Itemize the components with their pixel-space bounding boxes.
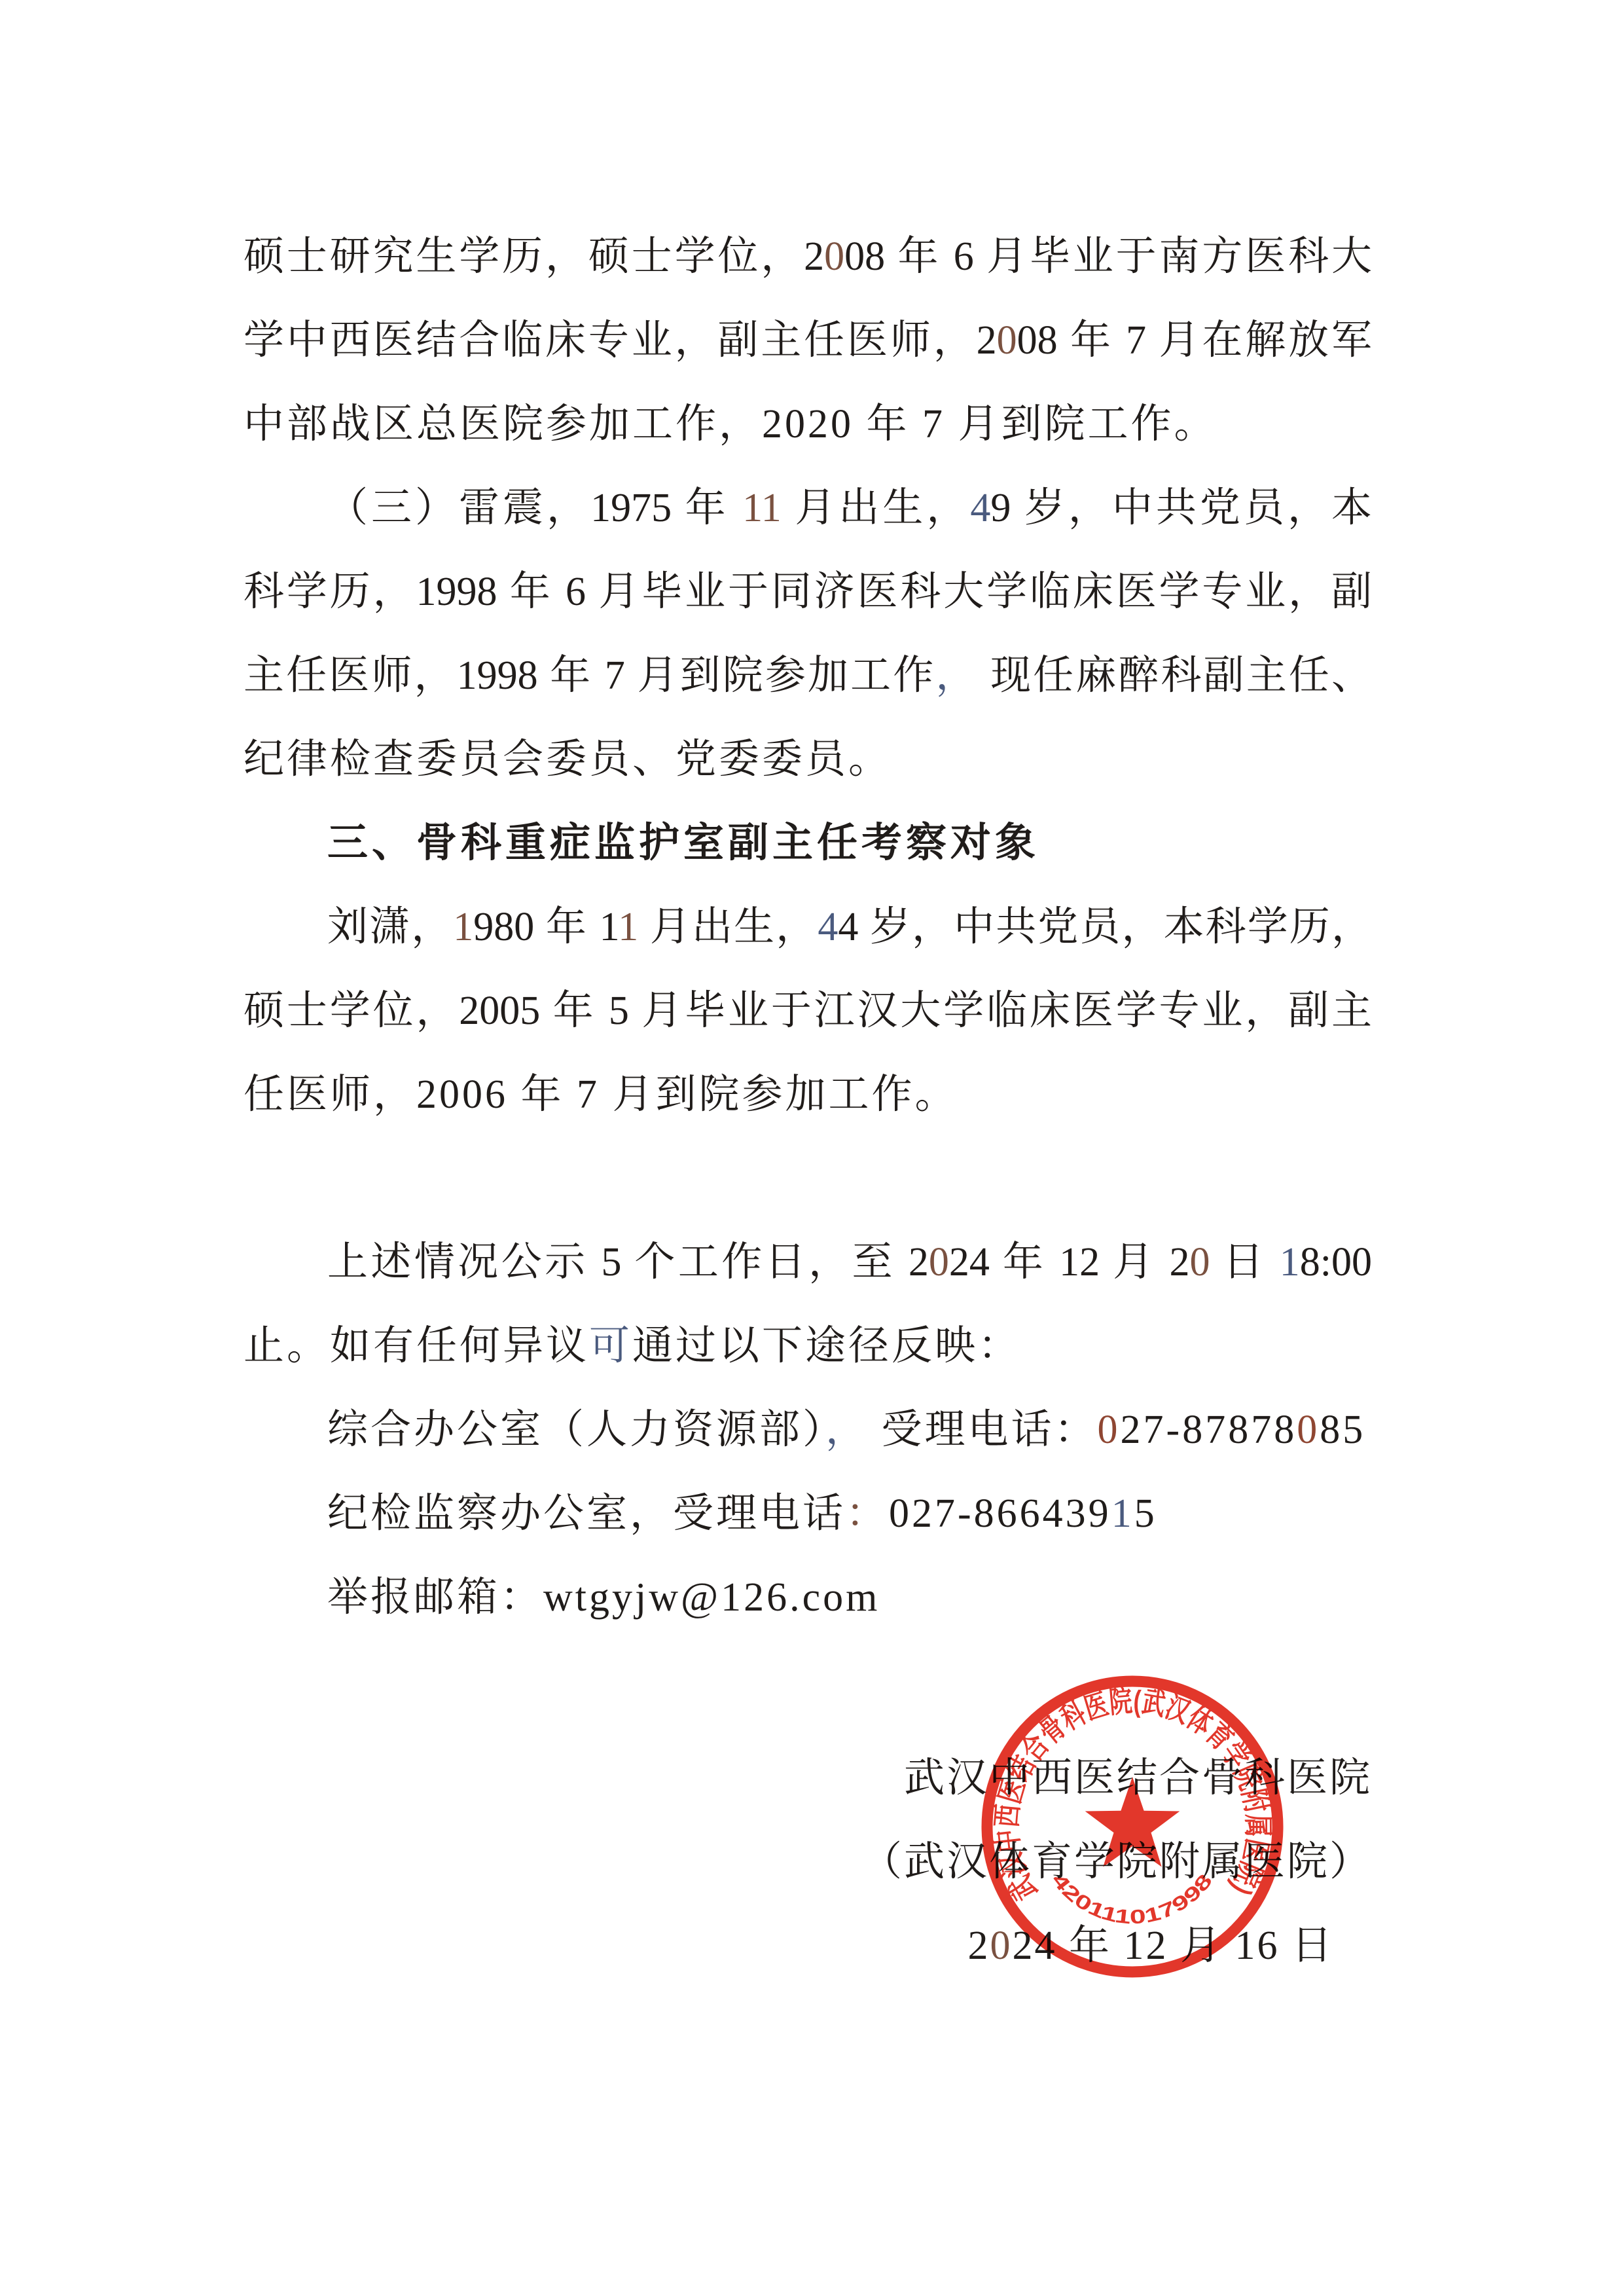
text-segment: 0 xyxy=(997,318,1017,363)
text-segment: 5 xyxy=(1134,1491,1157,1536)
text-segment: 上述情况公示 5 个工作日，至 2 xyxy=(327,1240,929,1285)
body-line: 纪检监察办公室，受理电话：027-86643915 xyxy=(243,1472,1372,1556)
text-segment: 通过以下途径反映： xyxy=(632,1324,1021,1368)
text-segment: 现任麻醉科副主任、 xyxy=(978,653,1372,698)
text-segment: 中部战区总医院参加工作，2020 年 7 月到院工作。 xyxy=(243,402,1217,446)
text-segment: 27-87878 xyxy=(1121,1408,1297,1452)
text-segment: 08 年 6 月毕业于南方医科大 xyxy=(844,234,1372,279)
section-heading: 三、骨科重症监护室副主任考察对象 xyxy=(243,801,1372,885)
text-segment: 0 xyxy=(1297,1408,1320,1452)
text-segment: 硕士学位，2005 年 5 月毕业于江汉大学临床医学专业，副主 xyxy=(243,989,1372,1033)
text-segment: 027-866439 xyxy=(889,1491,1111,1536)
text-segment: 可 xyxy=(589,1324,632,1368)
body-line: 综合办公室（人力资源部）， 受理电话：027-87878085 xyxy=(243,1388,1372,1472)
text-segment: 举报邮箱：wtgyjw@126.com xyxy=(327,1575,880,1620)
text-segment: 刘潇， xyxy=(327,905,453,949)
text-segment: 月出生， xyxy=(638,905,818,949)
text-segment: ： xyxy=(846,1491,889,1536)
text-segment: 24 年 12 月 16 日 xyxy=(1012,1923,1334,1968)
text-segment: 1 xyxy=(619,905,638,949)
text-segment: ， xyxy=(825,1408,869,1452)
text-segment: 科学历，1998 年 6 月毕业于同济医科大学临床医学专业，副 xyxy=(243,570,1372,614)
text-segment: 0 xyxy=(1098,1408,1121,1452)
text-segment: 1 xyxy=(1111,1491,1134,1536)
body-line: （三）雷震，1975 年 11 月出生，49 岁，中共党员，本 xyxy=(243,466,1372,550)
body-line: 上述情况公示 5 个工作日，至 2024 年 12 月 20 日 18:00 xyxy=(243,1220,1372,1304)
body-line: 主任医师，1998 年 7 月到院参加工作， 现任麻醉科副主任、 xyxy=(243,634,1372,718)
document-body: 硕士研究生学历，硕士学位，2008 年 6 月毕业于南方医科大学中西医结合临床专… xyxy=(243,215,1372,1639)
body-line: 中部战区总医院参加工作，2020 年 7 月到院工作。 xyxy=(243,382,1372,466)
body-line: 硕士研究生学历，硕士学位，2008 年 6 月毕业于南方医科大 xyxy=(243,215,1372,299)
text-segment: 月出生， xyxy=(782,486,971,530)
text-segment: 任医师，2006 年 7 月到院参加工作。 xyxy=(243,1072,958,1117)
text-segment: 主任医师，1998 年 7 月到院参加工作 xyxy=(243,653,935,698)
text-segment: 980 年 1 xyxy=(473,905,619,949)
text-segment: 11 xyxy=(742,486,782,530)
text-segment: 0 xyxy=(990,1923,1012,1968)
blank-line xyxy=(243,1137,1372,1220)
document-page: 硕士研究生学历，硕士学位，2008 年 6 月毕业于南方医科大学中西医结合临床专… xyxy=(0,0,1622,2296)
text-segment: 24 年 12 月 2 xyxy=(949,1240,1190,1285)
text-segment: 学中西医结合临床专业，副主任医师，2 xyxy=(243,318,997,363)
text-segment: 受理电话： xyxy=(869,1408,1098,1452)
text-segment: 4 xyxy=(818,905,838,949)
text-segment: 0 xyxy=(824,234,844,279)
text-segment: 日 xyxy=(1210,1240,1279,1285)
text-segment: 1 xyxy=(453,905,473,949)
text-segment: 8:00 xyxy=(1300,1240,1372,1285)
body-line: 科学历，1998 年 6 月毕业于同济医科大学临床医学专业，副 xyxy=(243,550,1372,634)
text-segment: 止。如有任何异议 xyxy=(243,1324,589,1368)
text-segment: 纪律检查委员会委员、党委委员。 xyxy=(243,737,892,782)
text-segment: 0 xyxy=(929,1240,949,1285)
text-segment: 纪检监察办公室，受理电话 xyxy=(327,1491,846,1536)
signature-block: 武汉中西医结合骨科医院 （武汉体育学院附属医院） 2024 年 12 月 16 … xyxy=(861,1736,1372,1988)
signature-org-line2: （武汉体育学院附属医院） xyxy=(861,1820,1372,1904)
text-segment: （三）雷震，1975 年 xyxy=(327,486,742,530)
text-segment: 三、骨科重症监护室副主任考察对象 xyxy=(327,820,1039,866)
body-line: 任医师，2006 年 7 月到院参加工作。 xyxy=(243,1053,1372,1137)
text-segment: 85 xyxy=(1320,1408,1365,1452)
body-line: 硕士学位，2005 年 5 月毕业于江汉大学临床医学专业，副主 xyxy=(243,969,1372,1053)
body-line: 举报邮箱：wtgyjw@126.com xyxy=(243,1556,1372,1639)
text-segment: 2 xyxy=(967,1923,990,1968)
body-line: 学中西医结合临床专业，副主任医师，2008 年 7 月在解放军 xyxy=(243,299,1372,382)
signature-date: 2024 年 12 月 16 日 xyxy=(861,1904,1372,1988)
text-segment: ， xyxy=(935,653,978,698)
text-segment: 4 xyxy=(970,486,990,530)
text-segment: 4 岁，中共党员，本科学历， xyxy=(838,905,1372,949)
body-line: 纪律检查委员会委员、党委委员。 xyxy=(243,718,1372,801)
text-segment: 08 年 7 月在解放军 xyxy=(1017,318,1372,363)
text-segment: 硕士研究生学历，硕士学位，2 xyxy=(243,234,824,279)
text-segment: 综合办公室（人力资源部） xyxy=(327,1408,825,1452)
text-segment: 1 xyxy=(1280,1240,1300,1285)
body-line: 刘潇，1980 年 11 月出生，44 岁，中共党员，本科学历， xyxy=(243,885,1372,969)
body-line: 止。如有任何异议可通过以下途径反映： xyxy=(243,1304,1372,1388)
text-segment: 9 岁，中共党员，本 xyxy=(990,486,1372,530)
text-segment: 0 xyxy=(1189,1240,1210,1285)
signature-org-line1: 武汉中西医结合骨科医院 xyxy=(861,1736,1372,1820)
